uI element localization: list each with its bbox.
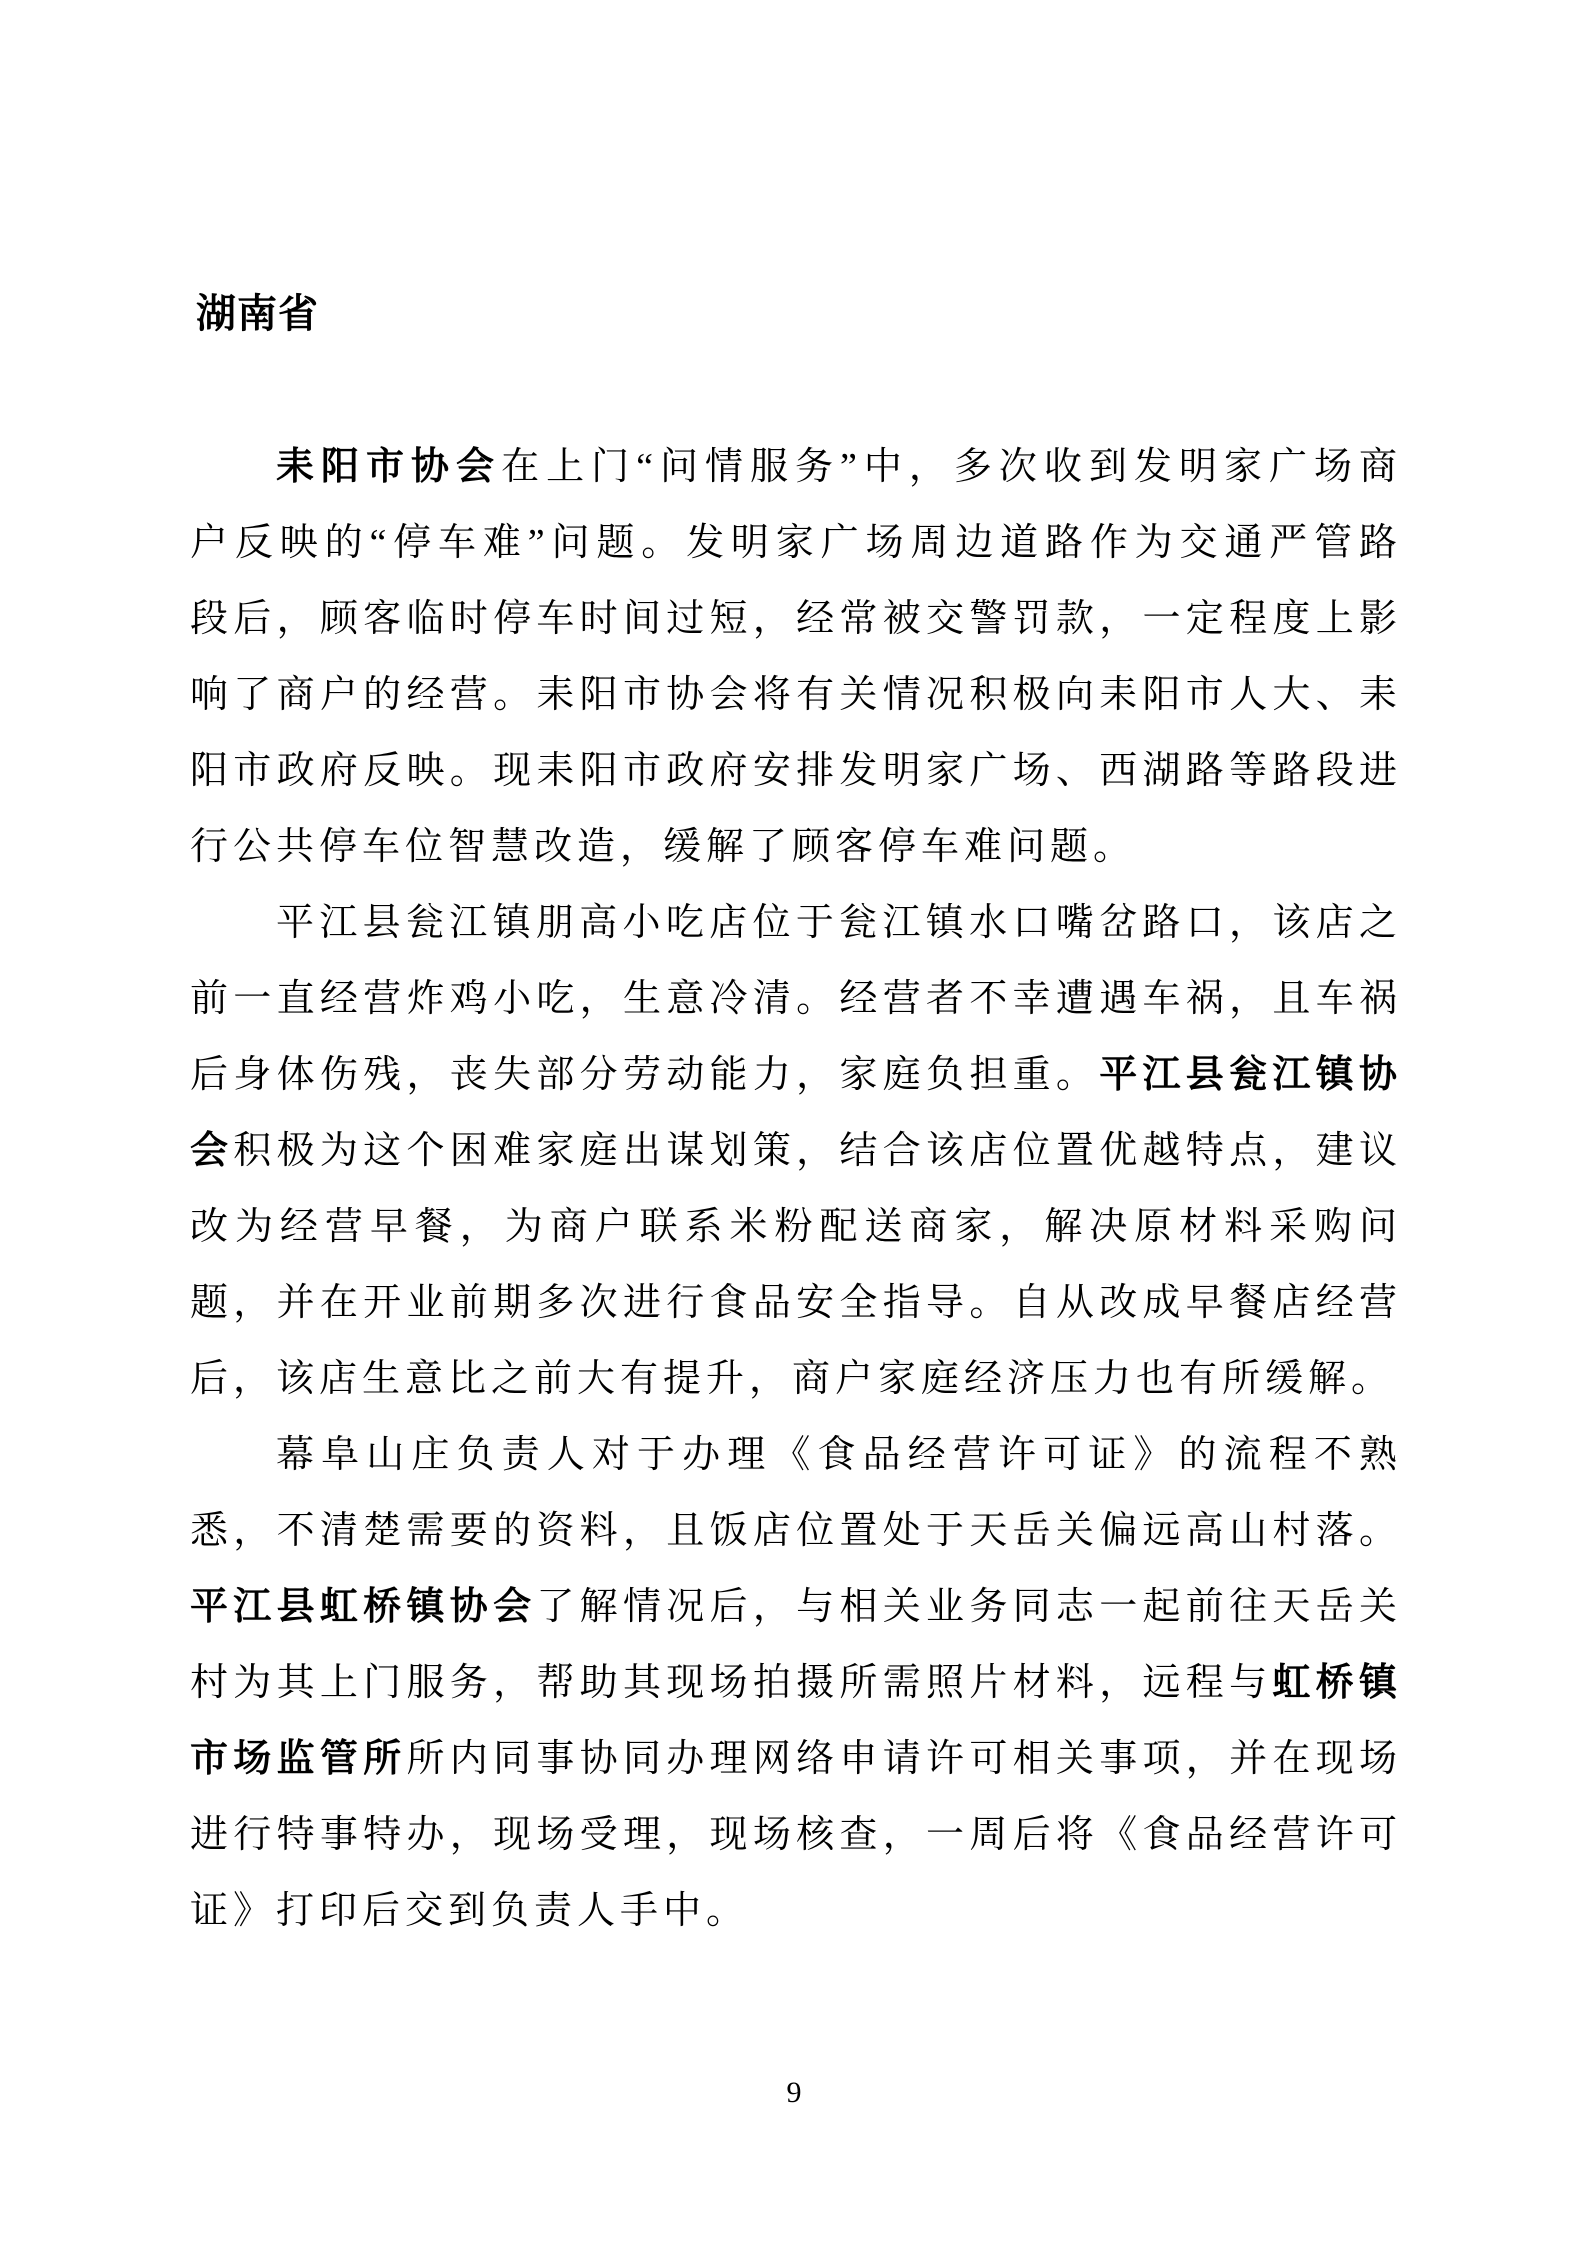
text-line: 后身体伤残，丧失部分劳动能力，家庭负担重。平江县瓮江镇协 <box>190 1037 1402 1113</box>
bold-text-segment: 平江县虹桥镇协会 <box>190 1586 536 1628</box>
section-heading: 湖南省 <box>196 292 319 336</box>
bold-text-segment: 市场监管所 <box>190 1738 406 1780</box>
text-line: 平江县虹桥镇协会了解情况后，与相关业务同志一起前往天岳关 <box>190 1569 1402 1645</box>
text-line: 耒阳市协会在上门“问情服务”中，多次收到发明家广场商 <box>190 429 1402 505</box>
text-segment: 段后，顾客临时停车时间过短，经常被交警罚款，一定程度上影 <box>190 598 1402 640</box>
text-segment: 后，该店生意比之前大有提升，商户家庭经济压力也有所缓解。 <box>190 1358 1394 1400</box>
text-segment: 后身体伤残，丧失部分劳动能力，家庭负担重。 <box>190 1054 1099 1096</box>
text-line: 村为其上门服务，帮助其现场拍摄所需照片材料，远程与虹桥镇 <box>190 1645 1402 1721</box>
text-line: 题，并在开业前期多次进行食品安全指导。自从改成早餐店经营 <box>190 1265 1402 1341</box>
text-line: 进行特事特办，现场受理，现场核查，一周后将《食品经营许可 <box>190 1797 1402 1873</box>
text-segment: 悉，不清楚需要的资料，且饭店位置处于天岳关偏远高山村落。 <box>190 1510 1402 1552</box>
text-line: 户反映的“停车难”问题。发明家广场周边道路作为交通严管路 <box>190 505 1402 581</box>
text-segment: 村为其上门服务，帮助其现场拍摄所需照片材料，远程与 <box>190 1662 1272 1704</box>
text-segment: 户反映的“停车难”问题。发明家广场周边道路作为交通严管路 <box>190 522 1402 564</box>
bold-text-segment: 会 <box>190 1130 233 1172</box>
text-line: 市场监管所所内同事协同办理网络申请许可相关事项，并在现场 <box>190 1721 1402 1797</box>
text-line: 悉，不清楚需要的资料，且饭店位置处于天岳关偏远高山村落。 <box>190 1493 1402 1569</box>
text-segment: 行公共停车位智慧改造，缓解了顾客停车难问题。 <box>190 826 1136 868</box>
text-line: 会积极为这个困难家庭出谋划策，结合该店位置优越特点，建议 <box>190 1113 1402 1189</box>
body-text: 耒阳市协会在上门“问情服务”中，多次收到发明家广场商户反映的“停车难”问题。发明… <box>190 429 1402 1949</box>
text-line: 改为经营早餐，为商户联系米粉配送商家，解决原材料采购问 <box>190 1189 1402 1265</box>
text-segment: 前一直经营炸鸡小吃，生意冷清。经营者不幸遭遇车祸，且车祸 <box>190 978 1402 1020</box>
text-line: 后，该店生意比之前大有提升，商户家庭经济压力也有所缓解。 <box>190 1341 1402 1417</box>
text-segment: 在上门“问情服务”中，多次收到发明家广场商 <box>501 446 1402 488</box>
text-line: 幕阜山庄负责人对于办理《食品经营许可证》的流程不熟 <box>190 1417 1402 1493</box>
text-line: 证》打印后交到负责人手中。 <box>190 1873 1402 1949</box>
bold-text-segment: 平江县瓮江镇协 <box>1099 1054 1402 1096</box>
text-line: 行公共停车位智慧改造，缓解了顾客停车难问题。 <box>190 809 1402 885</box>
text-line: 平江县瓮江镇朋高小吃店位于瓮江镇水口嘴岔路口，该店之 <box>190 885 1402 961</box>
bold-text-segment: 虹桥镇 <box>1272 1662 1402 1704</box>
text-segment: 题，并在开业前期多次进行食品安全指导。自从改成早餐店经营 <box>190 1282 1402 1324</box>
text-segment: 平江县瓮江镇朋高小吃店位于瓮江镇水口嘴岔路口，该店之 <box>276 902 1402 944</box>
text-segment: 所内同事协同办理网络申请许可相关事项，并在现场 <box>406 1738 1402 1780</box>
text-line: 阳市政府反映。现耒阳市政府安排发明家广场、西湖路等路段进 <box>190 733 1402 809</box>
document-page: 湖南省 耒阳市协会在上门“问情服务”中，多次收到发明家广场商户反映的“停车难”问… <box>0 0 1588 2245</box>
text-segment: 阳市政府反映。现耒阳市政府安排发明家广场、西湖路等路段进 <box>190 750 1402 792</box>
text-line: 段后，顾客临时停车时间过短，经常被交警罚款，一定程度上影 <box>190 581 1402 657</box>
text-segment: 证》打印后交到负责人手中。 <box>190 1890 749 1932</box>
text-segment: 了解情况后，与相关业务同志一起前往天岳关 <box>536 1586 1402 1628</box>
text-line: 响了商户的经营。耒阳市协会将有关情况积极向耒阳市人大、耒 <box>190 657 1402 733</box>
page-number: 9 <box>0 2074 1588 2112</box>
text-segment: 幕阜山庄负责人对于办理《食品经营许可证》的流程不熟 <box>276 1434 1402 1476</box>
text-segment: 响了商户的经营。耒阳市协会将有关情况积极向耒阳市人大、耒 <box>190 674 1402 716</box>
text-line: 前一直经营炸鸡小吃，生意冷清。经营者不幸遭遇车祸，且车祸 <box>190 961 1402 1037</box>
text-segment: 积极为这个困难家庭出谋划策，结合该店位置优越特点，建议 <box>233 1130 1402 1172</box>
bold-text-segment: 耒阳市协会 <box>276 446 501 488</box>
text-segment: 改为经营早餐，为商户联系米粉配送商家，解决原材料采购问 <box>190 1206 1402 1248</box>
text-segment: 进行特事特办，现场受理，现场核查，一周后将《食品经营许可 <box>190 1814 1402 1856</box>
